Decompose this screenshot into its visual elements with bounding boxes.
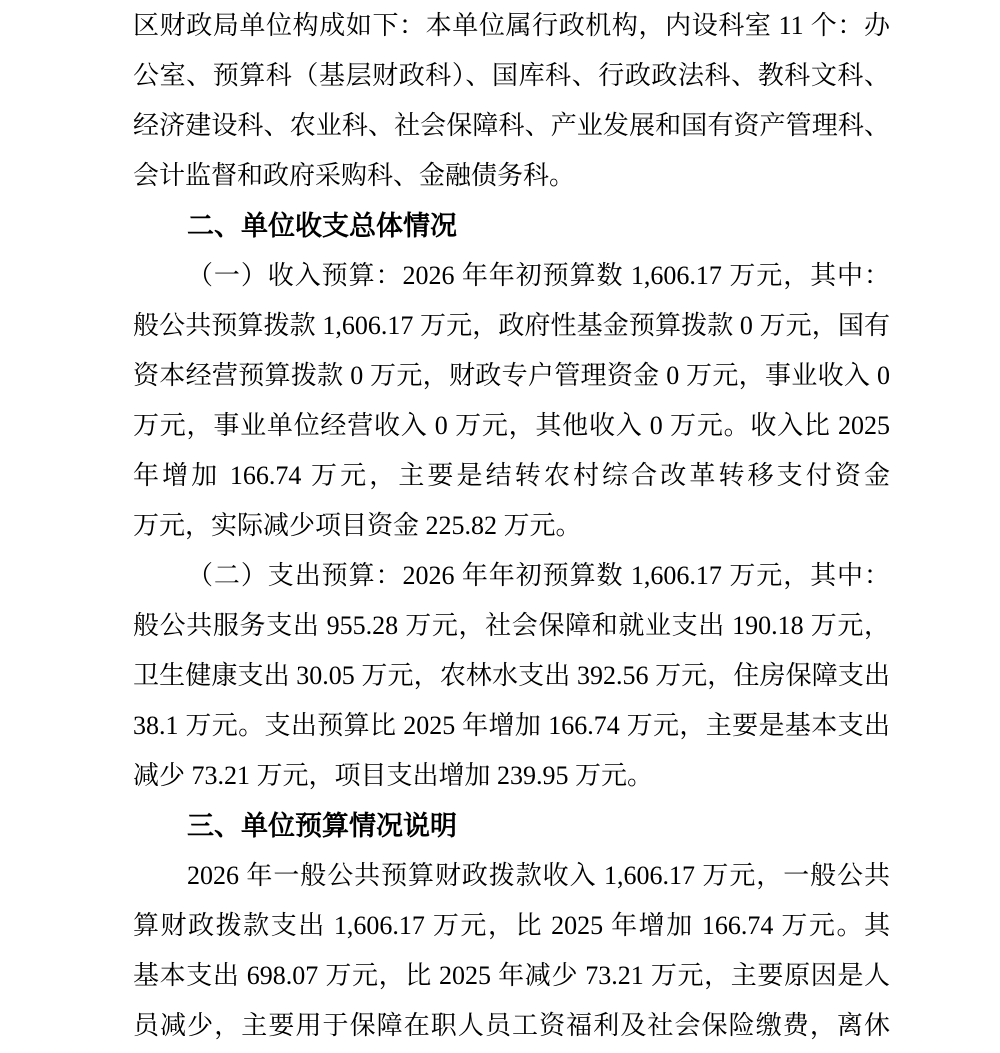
paragraph-line: 基本支出 698.07 万元，比 2025 年减少 73.21 万元，主要原因是… — [133, 951, 890, 1001]
paragraph-line: （一）收入预算：2026 年年初预算数 1,606.17 万元，其中：一 — [133, 251, 890, 301]
paragraph-line: 万元，实际减少项目资金 225.82 万元。 — [133, 501, 890, 551]
paragraph-line: 员减少，主要用于保障在职人员工资福利及社会保险缴费，离休 — [133, 1001, 890, 1051]
paragraph-line: 卫生健康支出 30.05 万元，农林水支出 392.56 万元，住房保障支出 — [133, 651, 890, 701]
section-heading-2: 二、单位收支总体情况 — [133, 201, 890, 251]
paragraph-line: 减少 73.21 万元，项目支出增加 239.95 万元。 — [133, 751, 890, 801]
paragraph-line: 资本经营预算拨款 0 万元，财政专户管理资金 0 万元，事业收入 0 — [133, 351, 890, 401]
paragraph-line: 万元，事业单位经营收入 0 万元，其他收入 0 万元。收入比 2025 — [133, 401, 890, 451]
paragraph-line: 2026 年一般公共预算财政拨款收入 1,606.17 万元，一般公共预 — [133, 851, 890, 901]
paragraph-line: 般公共预算拨款 1,606.17 万元，政府性基金预算拨款 0 万元，国有 — [133, 301, 890, 351]
paragraph-line: （二）支出预算：2026 年年初预算数 1,606.17 万元，其中：一 — [133, 551, 890, 601]
paragraph-line: 38.1 万元。支出预算比 2025 年增加 166.74 万元，主要是基本支出 — [133, 701, 890, 751]
paragraph-line: 区财政局单位构成如下：本单位属行政机构，内设科室 11 个：办 — [133, 1, 890, 51]
paragraph-line: 年增加 166.74 万元，主要是结转农村综合改革转移支付资金 392.56 — [133, 451, 890, 501]
document-page: 区财政局单位构成如下：本单位属行政机构，内设科室 11 个：办 公室、预算科（基… — [0, 0, 1000, 1053]
section-heading-3: 三、单位预算情况说明 — [133, 801, 890, 851]
paragraph-line: 算财政拨款支出 1,606.17 万元，比 2025 年增加 166.74 万元… — [133, 901, 890, 951]
paragraph-line: 会计监督和政府采购科、金融债务科。 — [133, 151, 890, 201]
paragraph-line: 般公共服务支出 955.28 万元，社会保障和就业支出 190.18 万元， — [133, 601, 890, 651]
paragraph-line: 经济建设科、农业科、社会保障科、产业发展和国有资产管理科、 — [133, 101, 890, 151]
paragraph-line: 公室、预算科（基层财政科）、国库科、行政政法科、教科文科、 — [133, 51, 890, 101]
